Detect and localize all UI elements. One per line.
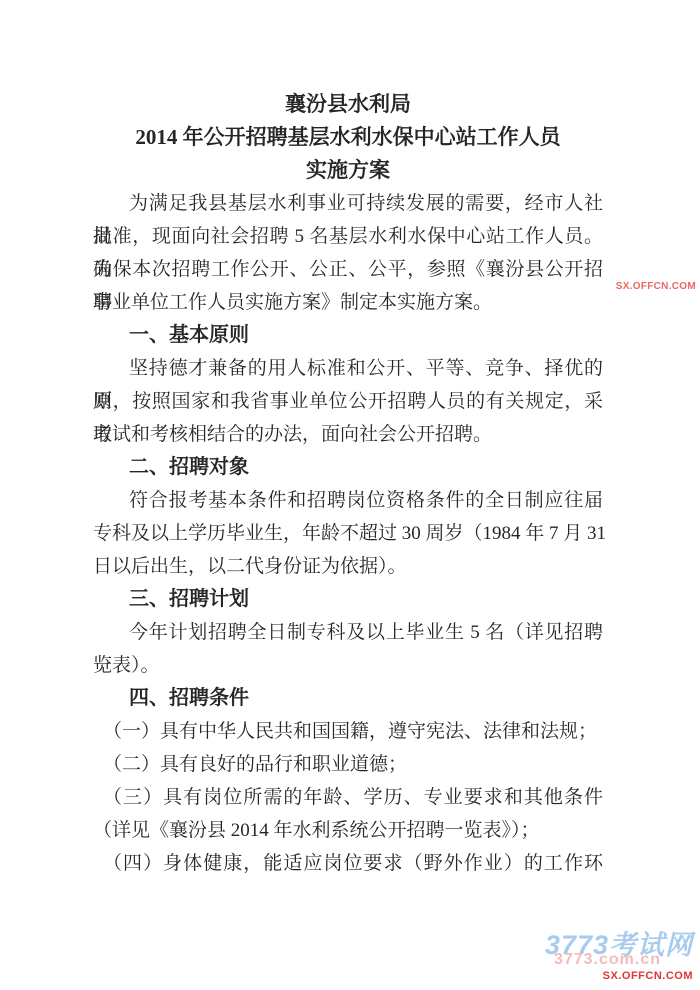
section-4-line: （二）具有良好的品行和职业道德； [93, 748, 603, 781]
watermark-brand-url: SX.OFFCN.COM [603, 970, 693, 982]
intro-line: 为满足我县基层水利事业可持续发展的需要，经市人社局 [93, 187, 603, 220]
section-4-line: （详见《襄汾县 2014 年水利系统公开招聘一览表》）； [93, 814, 603, 847]
section-4-line: （三）具有岗位所需的年龄、学历、专业要求和其他条件 [93, 781, 603, 814]
section-4-line: （一）具有中华人民共和国国籍，遵守宪法、法律和法规； [93, 715, 603, 748]
section-3-line: 今年计划招聘全日制专科及以上毕业生 5 名（详见招聘一 [93, 616, 603, 649]
watermark-site-domain: 3773.com.cn [554, 951, 661, 969]
section-4-heading: 四、招聘条件 [93, 682, 603, 715]
section-2-line: 符合报考基本条件和招聘岗位资格条件的全日制应往届 [93, 484, 603, 517]
document-page: 襄汾县水利局 2014 年公开招聘基层水利水保中心站工作人员 实施方案 为满足我… [0, 0, 700, 990]
doc-title-type: 实施方案 [93, 154, 603, 187]
intro-line: 事业单位工作人员实施方案》制定本实施方案。 [93, 286, 603, 319]
section-4-line: （四）身体健康，能适应岗位要求（野外作业）的工作环 [93, 847, 603, 880]
section-2-heading: 二、招聘对象 [93, 451, 603, 484]
document-body: 襄汾县水利局 2014 年公开招聘基层水利水保中心站工作人员 实施方案 为满足我… [93, 88, 603, 880]
section-1-heading: 一、基本原则 [93, 319, 603, 352]
intro-line: 确保本次招聘工作公开、公正、公平，参照《襄汾县公开招聘 [93, 253, 603, 286]
watermark-side-brand: SX.OFFCN.COM [616, 281, 696, 292]
doc-title-org: 襄汾县水利局 [93, 88, 603, 121]
watermark-footer: 3773考试网 3773.com.cn SX.OFFCN.COM [520, 925, 695, 987]
section-1-line: 则，按照国家和我省事业单位公开招聘人员的有关规定，采取 [93, 385, 603, 418]
doc-title-main: 2014 年公开招聘基层水利水保中心站工作人员 [93, 121, 603, 154]
section-2-line: 日以后出生，以二代身份证为依据）。 [93, 550, 603, 583]
section-3-line: 览表）。 [93, 649, 603, 682]
section-3-heading: 三、招聘计划 [93, 583, 603, 616]
section-1-line: 考试和考核相结合的办法，面向社会公开招聘。 [93, 418, 603, 451]
intro-line: 批准，现面向社会招聘 5 名基层水利水保中心站工作人员。为 [93, 220, 603, 253]
section-2-line: 专科及以上学历毕业生，年龄不超过 30 周岁（1984 年 7 月 31 [93, 517, 603, 550]
section-1-line: 坚持德才兼备的用人标准和公开、平等、竞争、择优的原 [93, 352, 603, 385]
